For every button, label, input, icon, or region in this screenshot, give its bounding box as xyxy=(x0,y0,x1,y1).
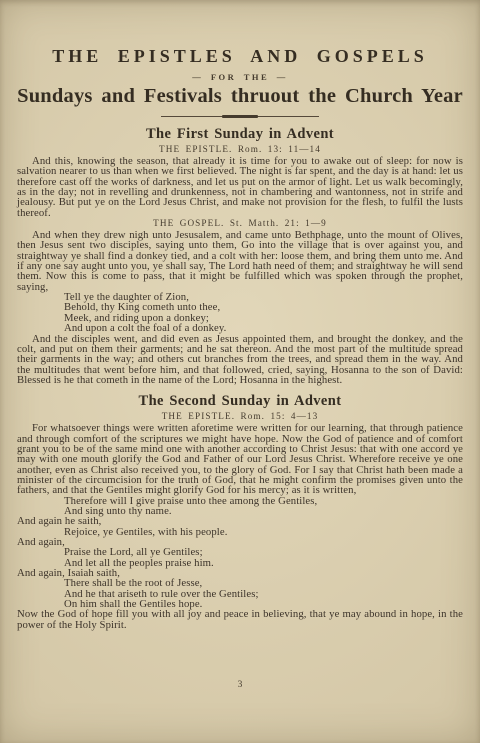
quote-block: Praise the Lord, all ye Gentiles;And let… xyxy=(17,547,463,568)
section-heading: The First Sunday in Advent xyxy=(17,126,463,143)
quote-block: Rejoice, ye Gentiles, with his people. xyxy=(17,527,463,537)
body-paragraph: And when they drew nigh unto Jesusalem, … xyxy=(17,230,463,292)
section-0: The First Sunday in AdventTHE EPISTLE. R… xyxy=(17,126,463,385)
rule-center-bar xyxy=(222,115,258,118)
scripture-reference: THE EPISTLE. Rom. 15: 4—13 xyxy=(17,411,463,421)
decorative-rule xyxy=(161,115,319,118)
scripture-reference: THE GOSPEL. St. Matth. 21: 1—9 xyxy=(17,218,463,228)
quote-block: There shall be the root of Jesse,And he … xyxy=(17,578,463,609)
continuation-paragraph: Now the God of hope fill you with all jo… xyxy=(17,609,463,630)
quote-line: And upon a colt the foal of a donkey. xyxy=(64,323,463,333)
book-page: THE EPISTLES AND GOSPELS — FOR THE — Sun… xyxy=(0,0,480,743)
quote-line: Rejoice, ye Gentiles, with his people. xyxy=(64,527,463,537)
quote-line: And sing unto thy name. xyxy=(64,506,463,516)
book-subtitle: Sundays and Festivals thruout the Church… xyxy=(17,85,463,108)
body-paragraph: And this, knowing the season, that alrea… xyxy=(17,156,463,218)
quote-line: And let all the peoples praise him. xyxy=(64,558,463,568)
quote-block: Therefore will I give praise unto thee a… xyxy=(17,496,463,517)
page-header: THE EPISTLES AND GOSPELS — FOR THE — Sun… xyxy=(17,0,463,118)
quote-block: Tell ye the daughter of Zion,Behold, thy… xyxy=(17,292,463,333)
body-paragraph: For whatsoever things were written afore… xyxy=(17,423,463,495)
page-number: 3 xyxy=(17,680,463,690)
body-paragraph: And the disciples went, and did even as … xyxy=(17,334,463,386)
page-footer: 3 xyxy=(17,680,463,690)
section-1: The Second Sunday in AdventTHE EPISTLE. … xyxy=(17,393,463,630)
book-title: THE EPISTLES AND GOSPELS xyxy=(17,46,463,67)
scripture-reference: THE EPISTLE. Rom. 13: 11—14 xyxy=(17,144,463,154)
page-content: The First Sunday in AdventTHE EPISTLE. R… xyxy=(17,126,463,630)
subtitle-prefix: — FOR THE — xyxy=(17,72,463,82)
section-heading: The Second Sunday in Advent xyxy=(17,393,463,410)
